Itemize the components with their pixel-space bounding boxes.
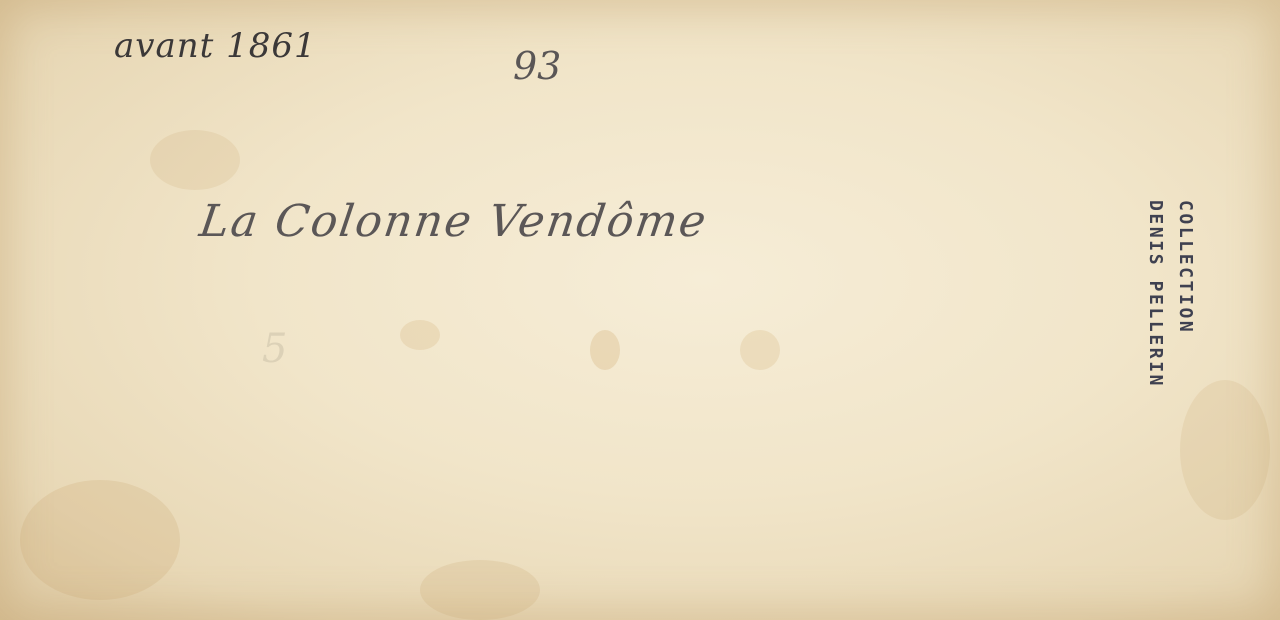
collection-stamp: COLLECTION DENIS PELLERIN	[1140, 200, 1200, 435]
stamp-line-collection: COLLECTION	[1170, 200, 1200, 388]
card-back: avant 1861 93 La Colonne Vendôme 5 COLLE…	[0, 0, 1280, 620]
foxing-stain	[740, 330, 780, 370]
foxing-stain	[420, 560, 540, 620]
stamp-line-owner: DENIS PELLERIN	[1140, 200, 1170, 388]
foxing-stain	[400, 320, 440, 350]
foxing-stain	[150, 130, 240, 190]
foxing-stain	[20, 480, 180, 600]
date-note: avant 1861	[114, 26, 317, 66]
faint-mark: 5	[262, 326, 287, 372]
catalog-number: 93	[513, 44, 561, 88]
edge-vignette	[0, 0, 1280, 620]
foxing-stain	[590, 330, 620, 370]
title-note: La Colonne Vendôme	[196, 196, 711, 247]
